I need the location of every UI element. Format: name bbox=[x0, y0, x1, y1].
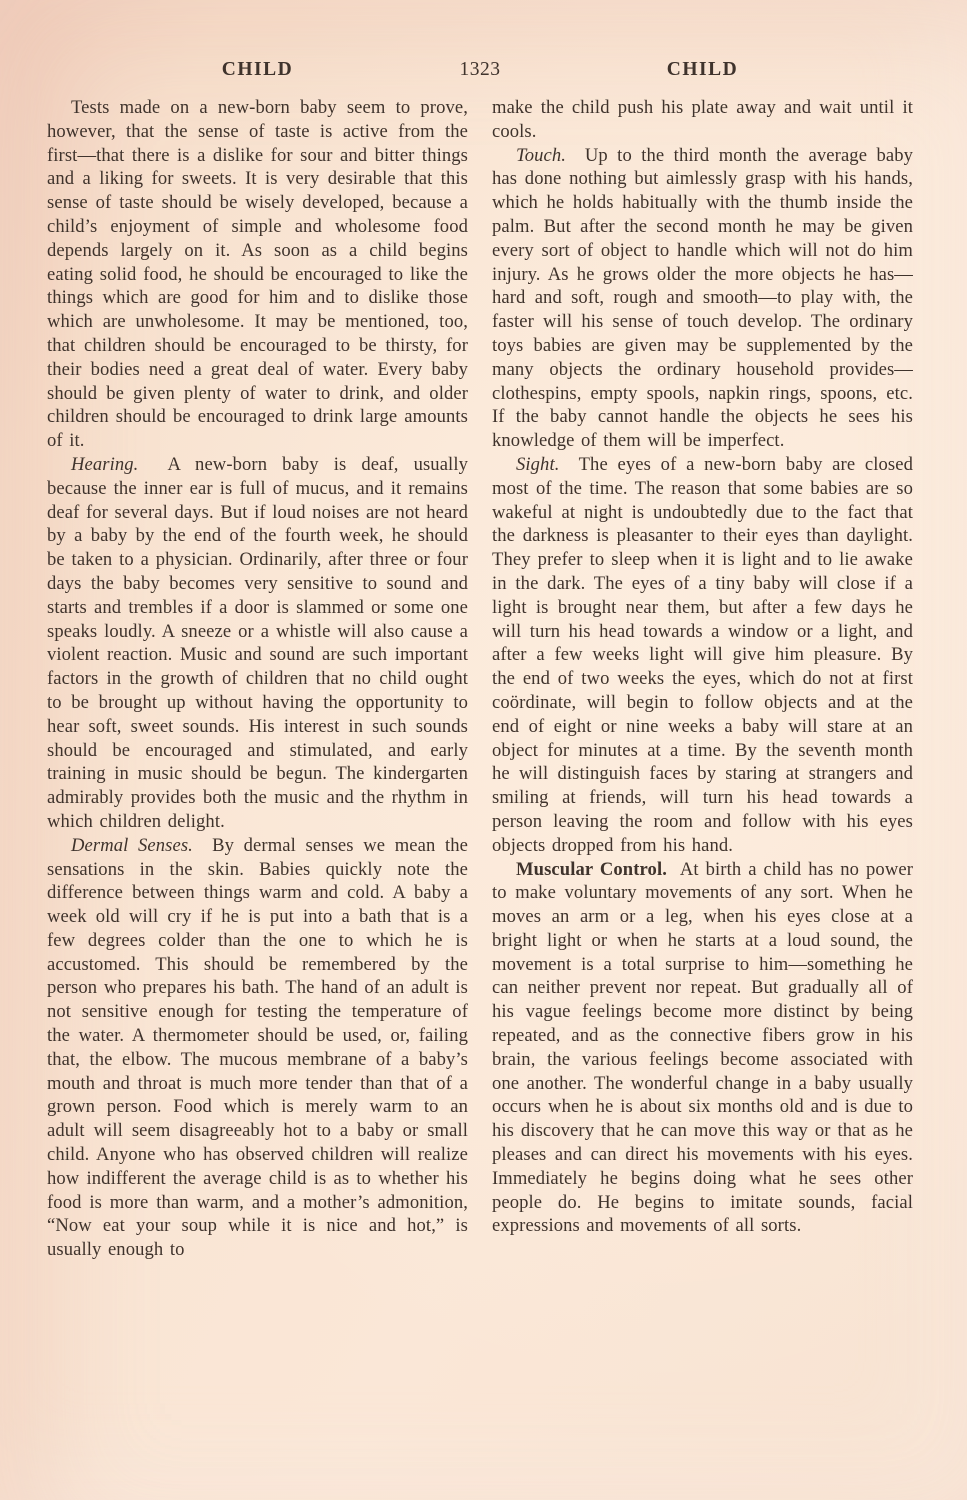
running-head: CHILD 1323 CHILD bbox=[47, 57, 913, 83]
paragraph: Muscular Control. At birth a child has n… bbox=[492, 858, 913, 1239]
paragraph: Touch. Up to the third month the average… bbox=[492, 144, 913, 453]
text-columns: Tests made on a new-born baby seem to pr… bbox=[47, 96, 913, 1262]
paragraph: Sight. The eyes of a new-born baby are c… bbox=[492, 453, 913, 858]
paragraph: make the child push his plate away and w… bbox=[492, 96, 913, 144]
paragraph-lead: Hearing. bbox=[71, 454, 138, 475]
column-left: Tests made on a new-born baby seem to pr… bbox=[47, 96, 468, 1262]
book-page: CHILD 1323 CHILD Tests made on a new-bor… bbox=[0, 0, 967, 1500]
column-right: make the child push his plate away and w… bbox=[492, 96, 913, 1262]
header-title-right: CHILD bbox=[492, 57, 913, 83]
paragraph-lead: Muscular Control. bbox=[516, 859, 667, 880]
paragraph-lead: Dermal Senses. bbox=[71, 835, 193, 856]
paragraph: Dermal Senses. By dermal senses we mean … bbox=[47, 834, 468, 1262]
paragraph-lead: Sight. bbox=[516, 454, 559, 475]
paragraph: Tests made on a new-born baby seem to pr… bbox=[47, 96, 468, 453]
paragraph-lead: Touch. bbox=[516, 145, 566, 166]
paragraph: Hearing. A new-born baby is deaf, usuall… bbox=[47, 453, 468, 834]
